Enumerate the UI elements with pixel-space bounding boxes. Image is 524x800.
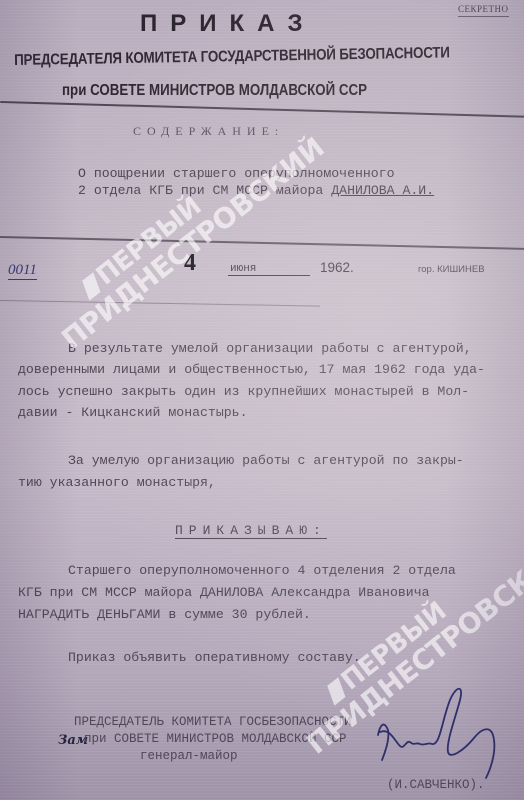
body-line: За умелую организацию работы с агентурой…	[68, 453, 464, 468]
date-divider	[0, 236, 524, 250]
orders-heading: ПРИКАЗЫВАЮ:	[175, 523, 327, 539]
order-line: КГБ при СМ МССР майора ДАНИЛОВА Александ…	[18, 585, 430, 600]
order-city: гор. КИШИНЕВ	[418, 264, 485, 275]
body-line: В результате умелой организации работы с…	[68, 341, 472, 356]
document-photo: СЕКРЕТНО ПРИКАЗ ПРЕДСЕДАТЕЛЯ КОМИТЕТА ГО…	[0, 0, 524, 800]
issuer-line-2: при СОВЕТЕ МИНИСТРОВ МОЛДАВСКОЙ ССР	[62, 82, 367, 100]
signatory-rank: генерал-майор	[140, 749, 238, 763]
order-month: июня	[228, 263, 310, 276]
header-divider	[0, 101, 524, 118]
issuer-line-1: ПРЕДСЕДАТЕЛЯ КОМИТЕТА ГОСУДАРСТВЕННОЙ БЕ…	[14, 44, 450, 70]
body-line: давии - Кицканский монастырь.	[18, 405, 248, 420]
body-line: тию указанного монастыря,	[18, 475, 216, 490]
order-line: Старшего оперуполномоченного 4 отделения…	[68, 563, 456, 578]
order-line: Приказ объявить оперативному составу.	[68, 650, 361, 665]
document-title: ПРИКАЗ	[140, 10, 316, 38]
order-number: 0011	[8, 262, 37, 280]
contents-subject-name: ДАНИЛОВА А.И.	[331, 183, 434, 198]
signatory-name: (И.САВЧЕНКО).	[387, 778, 485, 792]
body-line: лось успешно закрыть один из крупнейших …	[18, 384, 469, 399]
order-line: НАГРАДИТЬ ДЕНЬГАМИ в сумме 30 рублей.	[18, 607, 311, 622]
order-year: 1962.	[320, 260, 354, 275]
body-line: доверенными лицами и общественностью, 17…	[18, 362, 485, 377]
watermark: ПЕРВЫЙ ПРИДНЕСТРОВСКИЙ	[40, 111, 329, 354]
classification-stamp: СЕКРЕТНО	[458, 4, 509, 17]
